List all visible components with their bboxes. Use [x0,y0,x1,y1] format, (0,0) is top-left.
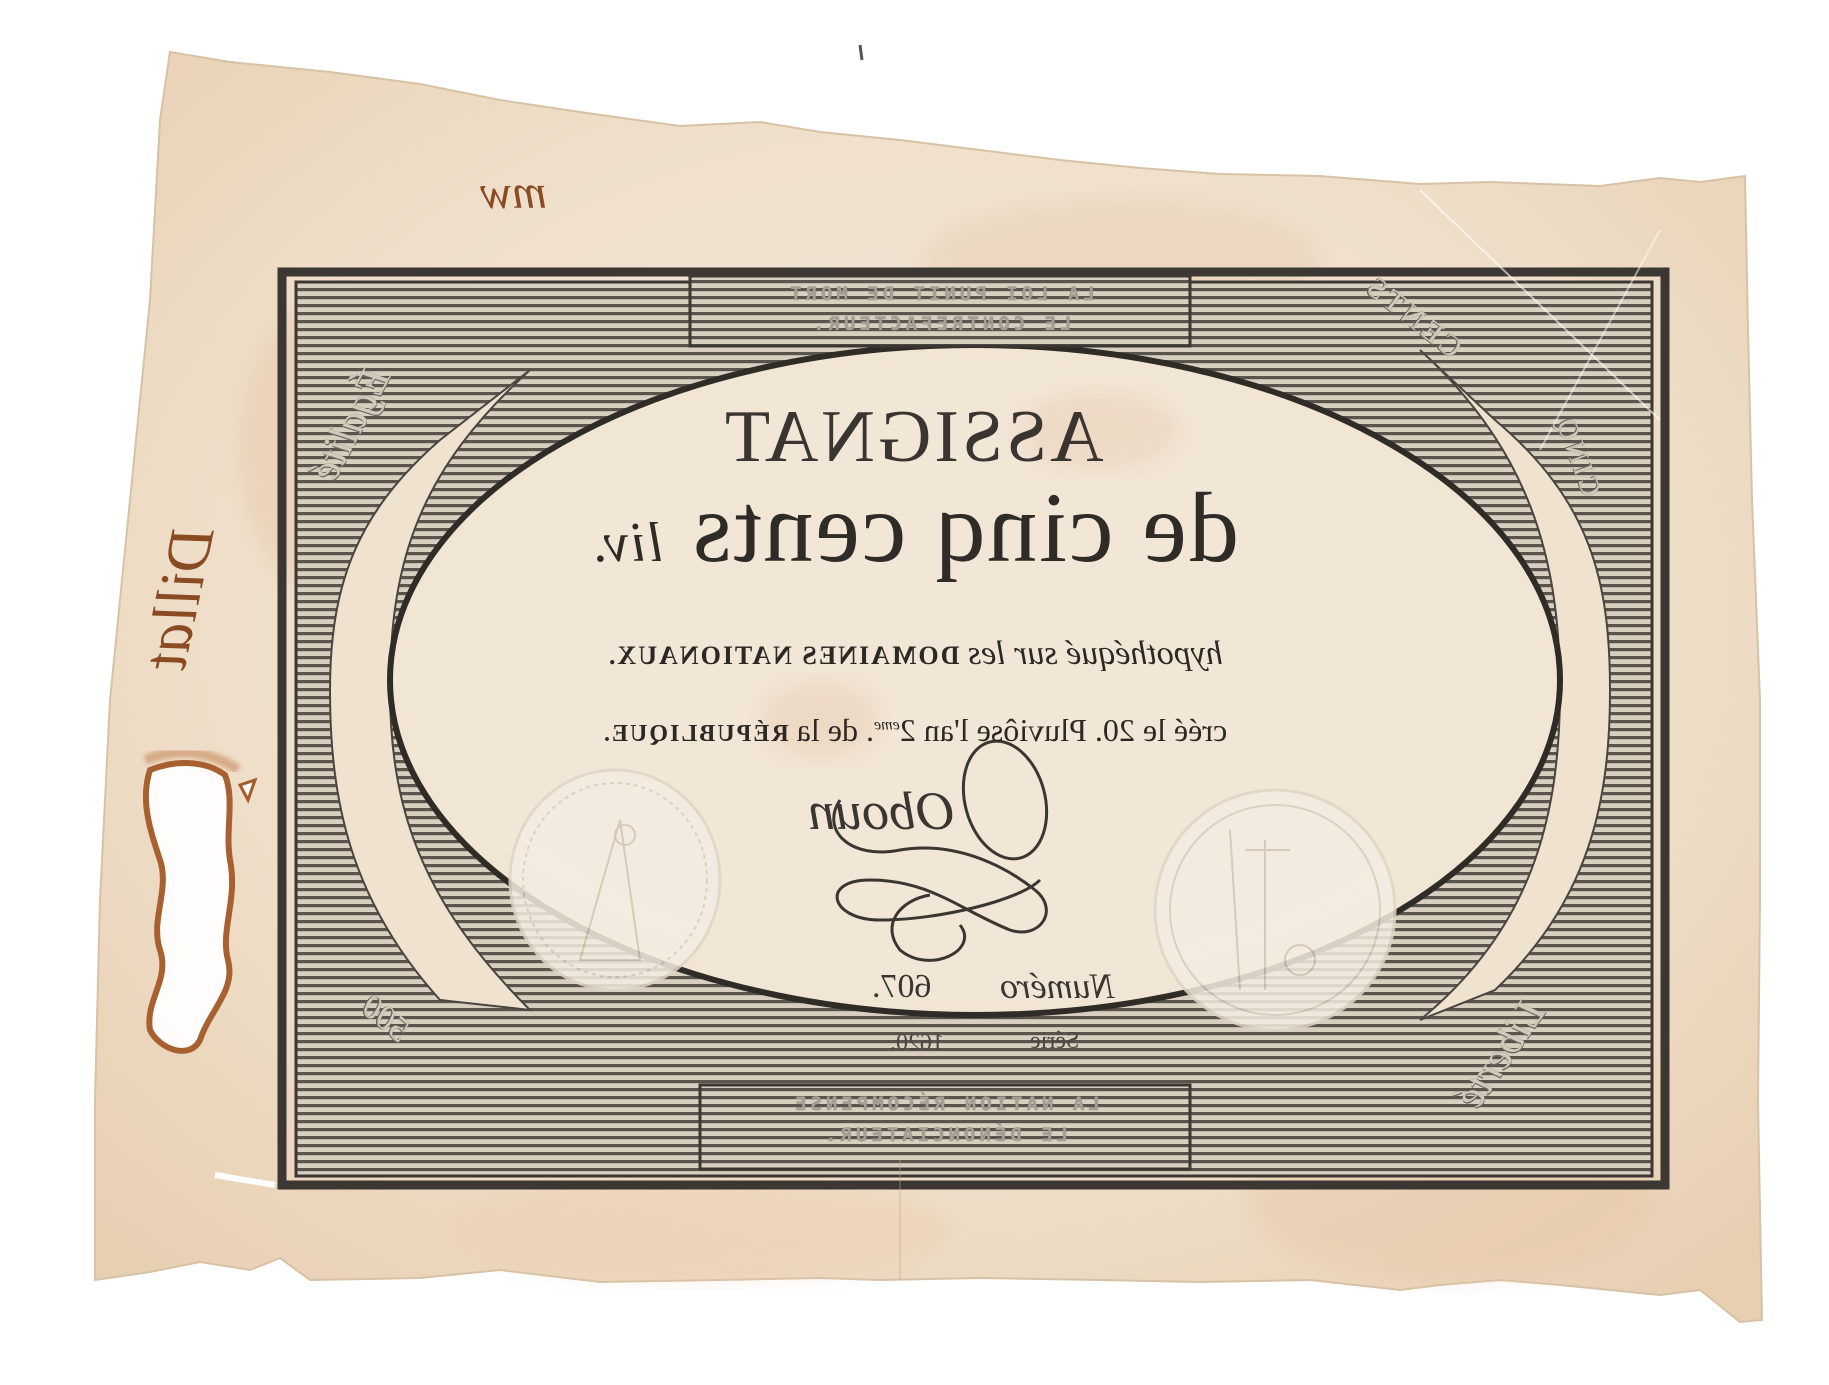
burn-hole [146,763,232,1051]
bottom-banner-line-2: LE DÉNONCIATEUR. [700,1124,1190,1146]
assignat-title: ASSIGNAT [0,395,1827,480]
numero-value: 607. [872,968,932,1006]
signature: Oboun [808,780,955,842]
numero-label: Numéro [1000,965,1115,1007]
right-embossed-seal [1155,790,1395,1030]
creation-date-line: créé le 20. Pluviôse l'an 2eme. de la RÉ… [0,712,1829,749]
top-margin-handwriting: mw [480,165,547,220]
top-banner-line-2: LE CONTREFACTEUR. [690,313,1190,335]
assignat-banknote: mw Dillat LA LOI PUNIT DE MORT LE CONTRE… [0,0,1829,1385]
mortgage-line: hypothéqué sur les DOMAINES NATIONAUX. [0,635,1829,673]
bottom-banner-line-1: LA NATION RÉCOMPENSE [700,1093,1190,1115]
left-embossed-seal [510,770,720,990]
serie-value: 1620. [890,1030,944,1057]
paper-artwork [0,0,1829,1385]
denomination: de cinq cents liv. [0,470,1829,585]
serie-label: Série [1030,1028,1079,1055]
top-banner-line-1: LA LOI PUNIT DE MORT [690,283,1190,305]
